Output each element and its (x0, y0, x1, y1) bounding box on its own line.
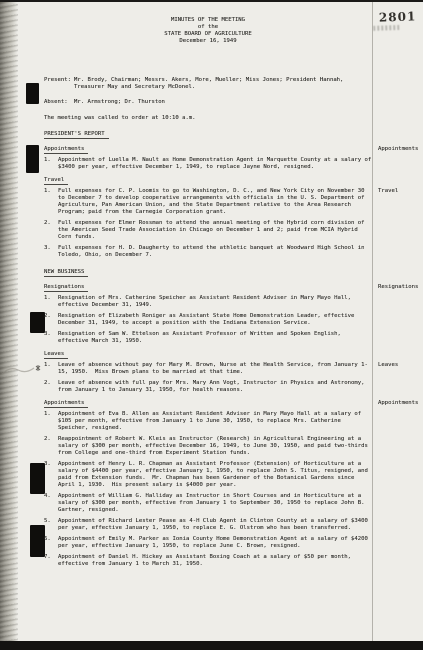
section-heading: Travel (44, 177, 372, 185)
doc-title-line-1: MINUTES OF THE MEETING (44, 17, 372, 24)
list-item: 1.Appointment of Luella M. Nault as Home… (44, 157, 372, 171)
item-number: 3. (44, 245, 58, 259)
section-appointments: AppointmentsAppointments1.Appointment of… (44, 400, 372, 568)
document-header: MINUTES OF THE MEETING of the STATE BOAR… (44, 17, 372, 45)
binder-tab (26, 83, 39, 104)
absent-label: Absent: (44, 99, 74, 106)
doc-title-line-2: of the (44, 24, 372, 31)
margin-rule (372, 2, 373, 641)
pencil-smudge (0, 358, 48, 380)
section-heading: Resignations (44, 284, 372, 292)
item-number: 1. (44, 362, 58, 376)
section-resignations: ResignationsResignations1.Resignation of… (44, 284, 372, 345)
binder-tab (30, 312, 45, 333)
item-text: Leave of absence without pay for Mary M.… (58, 362, 372, 376)
scan-top-edge (0, 0, 423, 2)
item-number: 7. (44, 554, 58, 568)
present-names: Mr. Brody, Chairman; Messrs. Akers, More… (74, 77, 372, 91)
list-item: 6.Appointment of Emily M. Parker as Ioni… (44, 536, 372, 550)
item-text: Reappointment of Robert W. Kleis as Inst… (58, 436, 372, 457)
absent-row: Absent: Mr. Armstrong; Dr. Thurston (44, 99, 372, 106)
section-heading-text: Appointments (44, 146, 88, 154)
doc-title-line-3: STATE BOARD OF AGRICULTURE (44, 31, 372, 38)
item-text: Full expenses for C. P. Loomis to go to … (58, 188, 372, 216)
list-item: 1.Leave of absence without pay for Mary … (44, 362, 372, 376)
binder-tab (26, 145, 39, 173)
item-text: Appointment of Daniel H. Hickey as Assis… (58, 554, 372, 568)
list-item: 2.Leave of absence with full pay for Mrs… (44, 380, 372, 394)
margin-note: Travel (378, 188, 423, 194)
item-number: 2. (44, 380, 58, 394)
doc-date-line: December 16, 1949 (44, 38, 372, 45)
item-number: 1. (44, 295, 58, 309)
list-item: 3.Full expenses for H. D. Daugherty to a… (44, 245, 372, 259)
section-heading-text: PRESIDENT'S REPORT (44, 131, 109, 139)
list-item: 1.Full expenses for C. P. Loomis to go t… (44, 188, 372, 216)
item-number: 6. (44, 536, 58, 550)
list-item: 2.Full expenses for Elmer Rossman to att… (44, 220, 372, 241)
call-to-order-line: The meeting was called to order at 10:10… (44, 115, 372, 122)
binder-tab (30, 463, 45, 494)
scan-bottom-edge (0, 641, 423, 650)
item-text: Full expenses for Elmer Rossman to atten… (58, 220, 372, 241)
typed-content: MINUTES OF THE MEETING of the STATE BOAR… (44, 17, 372, 572)
item-number: 2. (44, 220, 58, 241)
item-number: 2. (44, 436, 58, 457)
section-heading: PRESIDENT'S REPORT (44, 131, 372, 139)
list-item: 5.Appointment of Richard Lester Pease as… (44, 518, 372, 532)
absent-names: Mr. Armstrong; Dr. Thurston (74, 99, 372, 106)
section-president-s-report: PRESIDENT'S REPORT (44, 131, 372, 139)
section-heading-text: Leaves (44, 351, 68, 359)
item-text: Appointment of Eva B. Allen as Assistant… (58, 411, 372, 432)
item-number: 1. (44, 157, 58, 171)
margin-note: Appointments (378, 146, 423, 152)
item-text: Resignation of Elizabeth Roniger as Assi… (58, 313, 372, 327)
section-travel: TravelTravel1.Full expenses for C. P. Lo… (44, 177, 372, 259)
item-number: 3. (44, 461, 58, 489)
section-heading-text: NEW BUSINESS (44, 269, 88, 277)
list-item: 3.Resignation of Sam W. Ettelson as Assi… (44, 331, 372, 345)
item-number: 2. (44, 313, 58, 327)
section-heading: Appointments (44, 400, 372, 408)
item-number: 5. (44, 518, 58, 532)
binding-edge (0, 2, 18, 641)
section-heading: Leaves (44, 351, 372, 359)
margin-note: Resignations (378, 284, 423, 290)
section-heading: Appointments (44, 146, 372, 154)
section-heading-text: Resignations (44, 284, 88, 292)
list-item: 2.Reappointment of Robert W. Kleis as In… (44, 436, 372, 457)
list-item: 2.Resignation of Elizabeth Roniger as As… (44, 313, 372, 327)
section-new-business: NEW BUSINESS (44, 269, 372, 277)
present-row: Present: Mr. Brody, Chairman; Messrs. Ak… (44, 77, 372, 91)
list-item: 1.Resignation of Mrs. Catherine Speicher… (44, 295, 372, 309)
page-number-stamp: 2801 (378, 9, 416, 30)
item-text: Appointment of Henry L. R. Chapman as As… (58, 461, 372, 489)
list-item: 4.Appointment of William G. Halliday as … (44, 493, 372, 514)
list-item: 3.Appointment of Henry L. R. Chapman as … (44, 461, 372, 489)
list-item: 1.Appointment of Eva B. Allen as Assista… (44, 411, 372, 432)
section-heading-text: Appointments (44, 400, 88, 408)
section-heading-text: Travel (44, 177, 68, 185)
margin-note: Leaves (378, 362, 423, 368)
item-text: Resignation of Mrs. Catherine Speicher a… (58, 295, 372, 309)
item-number: 3. (44, 331, 58, 345)
binder-tab (30, 525, 45, 557)
item-number: 1. (44, 188, 58, 216)
item-text: Leave of absence with full pay for Mrs. … (58, 380, 372, 394)
scanned-minutes-page: 2801 MINUTES OF THE MEETING of the STATE… (0, 0, 423, 650)
item-text: Appointment of Luella M. Nault as Home D… (58, 157, 372, 171)
margin-note: Appointments (378, 400, 423, 406)
list-item: 7.Appointment of Daniel H. Hickey as Ass… (44, 554, 372, 568)
section-appointments: AppointmentsAppointments1.Appointment of… (44, 146, 372, 171)
item-text: Appointment of Richard Lester Pease as 4… (58, 518, 372, 532)
item-text: Appointment of William G. Halliday as In… (58, 493, 372, 514)
item-text: Resignation of Sam W. Ettelson as Assist… (58, 331, 372, 345)
item-text: Appointment of Emily M. Parker as Ionia … (58, 536, 372, 550)
section-leaves: LeavesLeaves1.Leave of absence without p… (44, 351, 372, 394)
item-number: 1. (44, 411, 58, 432)
item-number: 4. (44, 493, 58, 514)
section-heading: NEW BUSINESS (44, 269, 372, 277)
item-text: Full expenses for H. D. Daugherty to att… (58, 245, 372, 259)
document-sections: PRESIDENT'S REPORTAppointmentsAppointmen… (44, 131, 372, 568)
present-label: Present: (44, 77, 74, 91)
